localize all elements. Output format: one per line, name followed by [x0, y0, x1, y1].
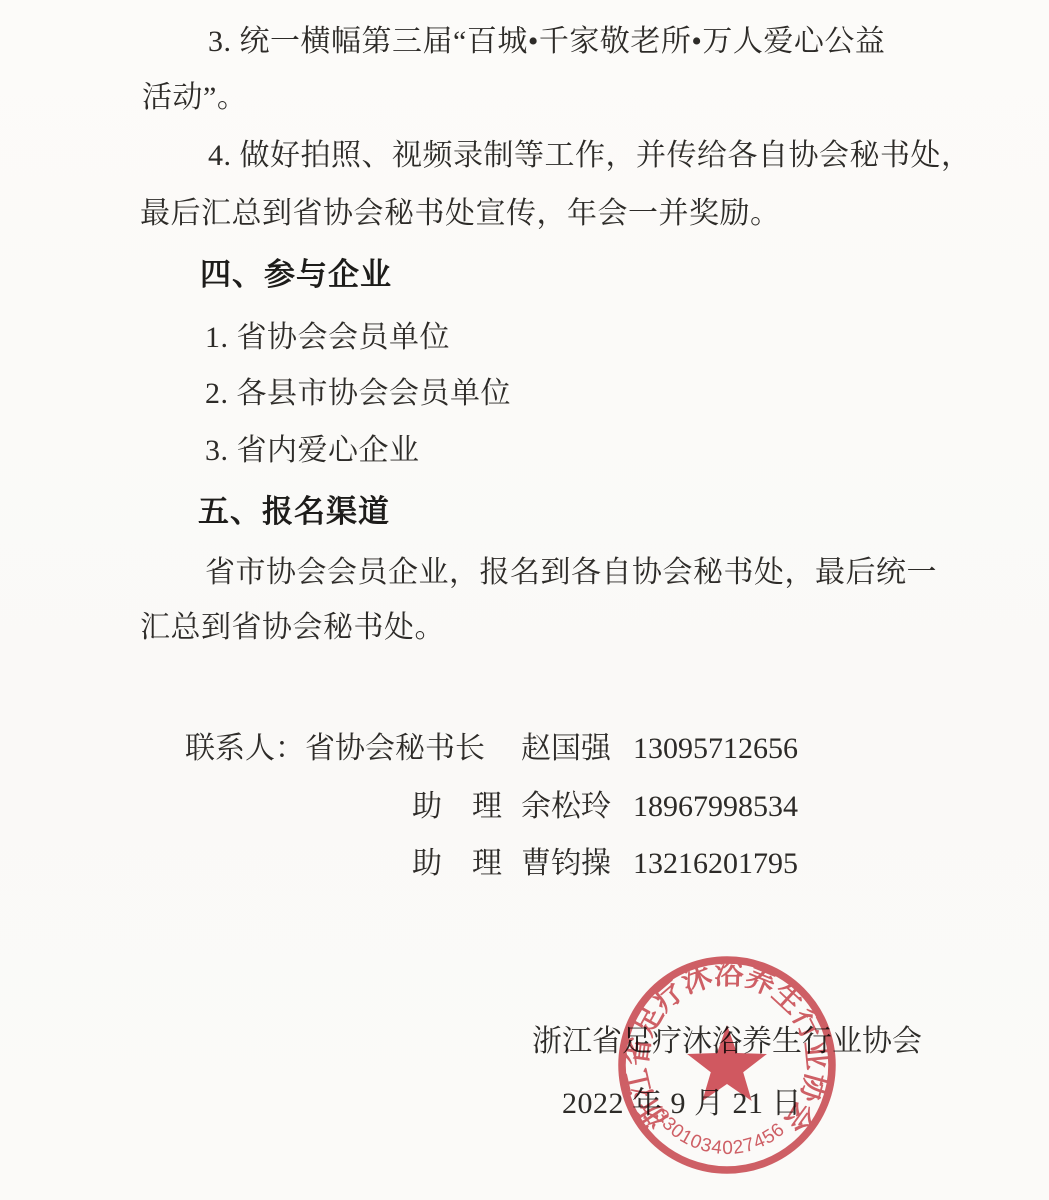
contact-role: 助 理: [412, 789, 502, 825]
document-page: 3. 统一横幅第三届“百城•千家敬老所•万人爱心公益 活动”。 4. 做好拍照、…: [0, 0, 1049, 1200]
contact-name: 赵国强: [521, 731, 611, 767]
contact-name: 余松玲: [521, 789, 611, 825]
contact-phone: 13216201795: [633, 846, 798, 882]
paragraph-4-line-2: 最后汇总到省协会秘书处宣传，年会一并奖励。: [140, 196, 781, 232]
official-seal: 浙江省足疗沐浴养生行业协会 3301034027456: [598, 935, 858, 1195]
contact-name: 曹钧操: [521, 846, 611, 882]
contact-row: 助 理 曹钧操 13216201795: [0, 846, 1049, 886]
contact-role: 联系人：省协会秘书长: [185, 731, 485, 767]
section-heading-participating-companies: 四、参与企业: [200, 257, 392, 293]
list-item-1: 1. 省协会会员单位: [205, 320, 450, 356]
contact-row: 联系人：省协会秘书长 赵国强 13095712656: [0, 731, 1049, 771]
list-item-3: 3. 省内爱心企业: [205, 433, 420, 469]
paragraph-3-line-1: 3. 统一横幅第三届“百城•千家敬老所•万人爱心公益: [208, 24, 885, 60]
paragraph-5-line-1: 省市协会会员企业，报名到各自协会秘书处，最后统一: [205, 555, 937, 591]
contact-role: 助 理: [412, 846, 502, 882]
paragraph-4-line-1: 4. 做好拍照、视频录制等工作，并传给各自协会秘书处，: [208, 138, 972, 174]
contact-phone: 18967998534: [633, 789, 798, 825]
contact-phone: 13095712656: [633, 731, 798, 767]
section-heading-registration-channel: 五、报名渠道: [198, 494, 390, 530]
seal-star-icon: [687, 1025, 767, 1101]
paragraph-5-line-2: 汇总到省协会秘书处。: [140, 610, 445, 646]
list-item-2: 2. 各县市协会会员单位: [205, 376, 511, 412]
paragraph-3-line-2: 活动”。: [142, 80, 247, 116]
contact-row: 助 理 余松玲 18967998534: [0, 789, 1049, 829]
